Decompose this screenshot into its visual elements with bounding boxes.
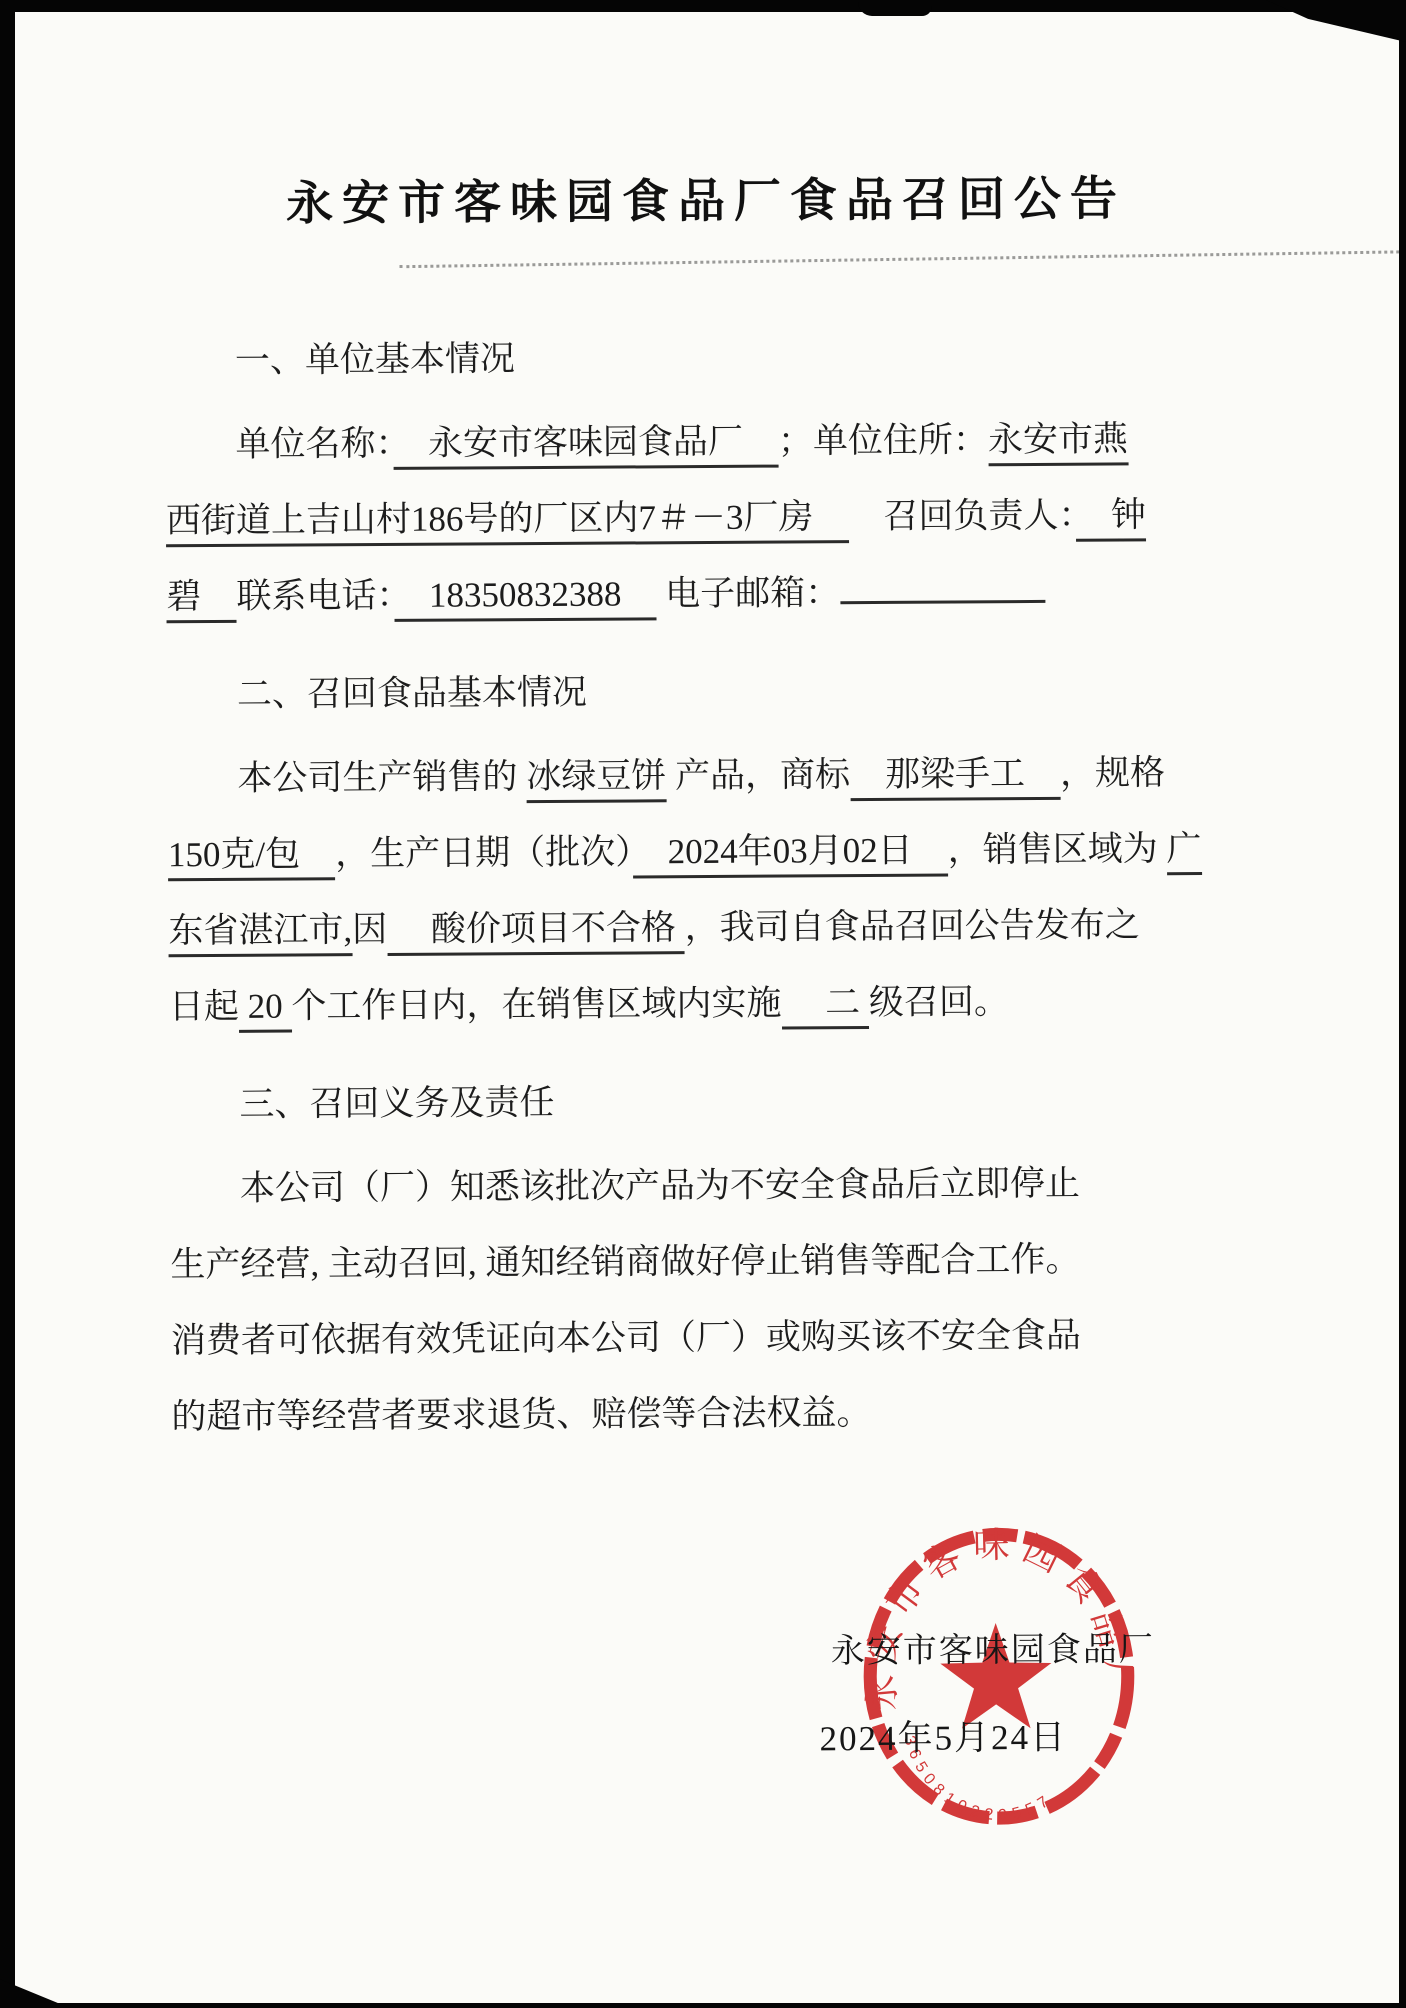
- doc-text: 的超市等经营者要求退货、赔偿等合法权益。: [171, 1393, 871, 1436]
- doc-line: 西街道上吉山村186号的厂区内7＃－3厂房 召回负责人： 钟: [166, 477, 1250, 560]
- doc-line: 的超市等经营者要求退货、赔偿等合法权益。: [171, 1373, 1255, 1456]
- doc-line: 日起 20 个工作日内，在销售区域内实施 二 级召回。: [169, 963, 1253, 1046]
- fill-in-value: 西街道上吉山村186号的厂区内7＃－3厂房: [166, 497, 849, 547]
- doc-text: 产品，商标: [666, 755, 850, 795]
- scan-artifact-top-bump: [858, 0, 932, 16]
- fill-in-value: 永安市燕: [988, 419, 1128, 466]
- fill-in-value: 冰绿豆饼: [526, 756, 666, 803]
- doc-text: 单位名称：: [235, 424, 393, 464]
- section-heading: 二、召回食品基本情况: [167, 651, 1251, 734]
- fill-in-value: 18350832388: [394, 574, 657, 622]
- fill-in-value: 二: [781, 983, 869, 1030]
- fill-in-value: 2024年03月02日: [633, 831, 948, 879]
- fill-in-value: 碧: [166, 577, 236, 623]
- doc-text: 个工作日内，在销售区域内实施: [291, 984, 781, 1026]
- doc-line: 生产经营, 主动召回, 通知经销商做好停止销售等配合工作。: [170, 1221, 1254, 1304]
- doc-text: ，销售区域为: [948, 829, 1167, 869]
- fill-in-value: 那梁手工: [850, 754, 1060, 801]
- doc-line: 消费者可依据有效凭证向本公司（厂）或购买该不安全食品: [171, 1297, 1255, 1380]
- doc-text: 本公司（厂）知悉该批次产品为不安全食品后立即停止: [240, 1164, 1080, 1208]
- doc-text: 消费者可依据有效凭证向本公司（厂）或购买该不安全食品: [171, 1316, 1081, 1361]
- paper-sheet: 永安市客味园食品厂食品召回公告 一、单位基本情况单位名称： 永安市客味园食品厂 …: [15, 12, 1399, 2003]
- doc-line: 东省湛江市,因 酸价项目不合格 ，我司自食品召回公告发布之: [168, 887, 1252, 970]
- doc-text: 生产经营, 主动召回, 通知经销商做好停止销售等配合工作。: [170, 1240, 1080, 1285]
- doc-line: 碧 联系电话： 18350832388 电子邮箱：: [166, 553, 1250, 636]
- fill-in-value: [840, 596, 1045, 604]
- doc-text: ；单位住所：: [778, 420, 988, 460]
- document-title: 永安市客味园食品厂食品召回公告: [164, 167, 1248, 238]
- doc-line: 本公司生产销售的 冰绿豆饼 产品，商标 那梁手工 ，规格: [167, 735, 1251, 818]
- doc-text: 因: [352, 910, 387, 949]
- scan-tilt-wrapper: 永安市客味园食品厂食品召回公告 一、单位基本情况单位名称： 永安市客味园食品厂 …: [15, 12, 1399, 2003]
- doc-line: 本公司（厂）知悉该批次产品为不安全食品后立即停止: [170, 1145, 1254, 1228]
- fill-in-value: 东省湛江市,: [168, 910, 352, 957]
- fill-in-value: 20: [239, 987, 292, 1033]
- signature-date: 2024年5月24日: [653, 1709, 1233, 1763]
- doc-text: 召回负责人：: [848, 496, 1076, 536]
- doc-line: 单位名称： 永安市客味园食品厂 ；单位住所：永安市燕: [165, 401, 1249, 484]
- document-content: 永安市客味园食品厂食品召回公告 一、单位基本情况单位名称： 永安市客味园食品厂 …: [15, 12, 1399, 1456]
- doc-text: 联系电话：: [236, 576, 394, 616]
- fill-in-value: 钟: [1076, 495, 1146, 541]
- document-sections: 一、单位基本情况单位名称： 永安市客味园食品厂 ；单位住所：永安市燕西街道上吉山…: [165, 317, 1256, 1456]
- doc-text: 本公司生产销售的: [237, 757, 526, 798]
- section-heading: 三、召回义务及责任: [169, 1061, 1253, 1144]
- signature-company-name: 永安市客味园食品厂: [683, 1620, 1303, 1673]
- section-heading: 一、单位基本情况: [165, 317, 1249, 400]
- scanned-document-page: 永安市客味园食品厂食品召回公告 一、单位基本情况单位名称： 永安市客味园食品厂 …: [0, 0, 1406, 2008]
- doc-text: ，我司自食品召回公告发布之: [685, 905, 1140, 947]
- fill-in-value: 酸价项目不合格: [387, 908, 685, 956]
- fill-in-value: 150克/包: [168, 834, 336, 881]
- company-seal: 永安市客味园食品厂 3650810220557: [842, 1509, 1156, 1843]
- doc-text: 日起: [169, 987, 239, 1026]
- fill-in-value: 永安市客味园食品厂: [393, 422, 778, 470]
- doc-text: 电子邮箱：: [656, 573, 840, 613]
- doc-text: ，生产日期（批次）: [335, 832, 633, 873]
- fill-in-value: 广: [1166, 829, 1201, 875]
- doc-line: 150克/包 ，生产日期（批次） 2024年03月02日 ，销售区域为 广: [168, 811, 1252, 894]
- doc-text: ，规格: [1060, 753, 1165, 793]
- doc-text: 级召回。: [869, 982, 1009, 1022]
